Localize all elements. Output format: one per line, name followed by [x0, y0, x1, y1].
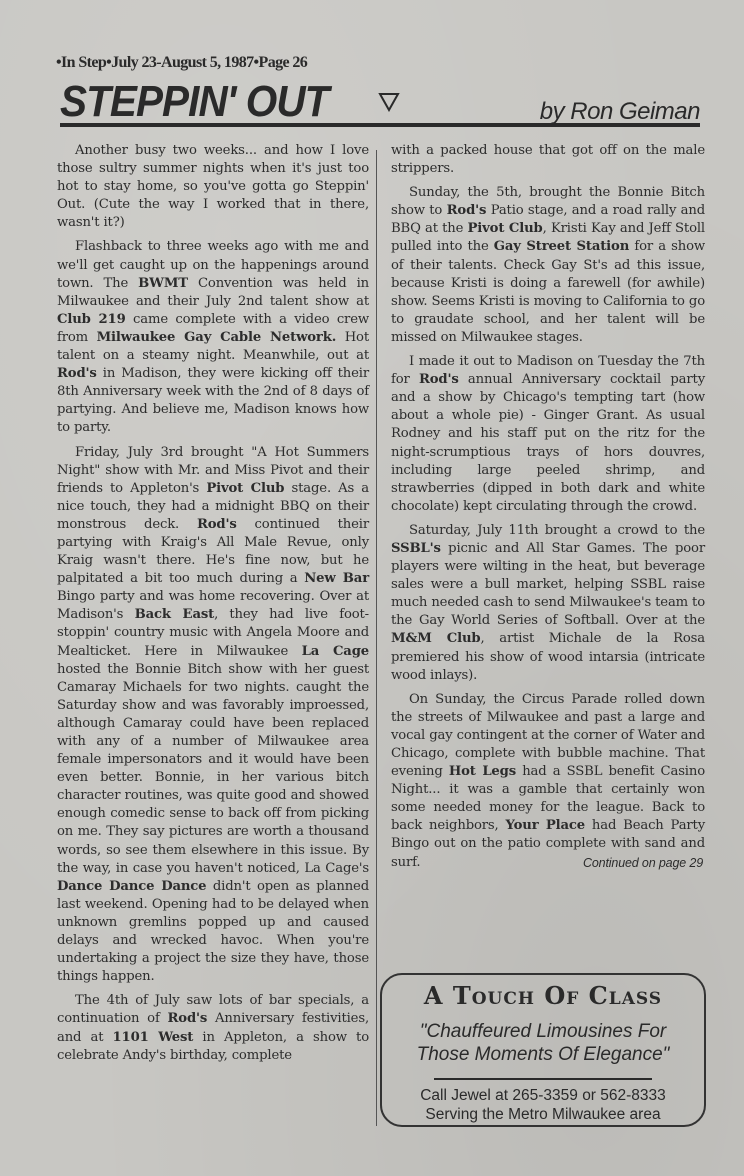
column-masthead: STEPPIN' OUT by Ron Geiman: [60, 80, 700, 130]
triangle-down-icon: [378, 92, 400, 112]
venue-name: Rod's: [168, 1011, 208, 1026]
venue-name: Pivot Club: [468, 221, 543, 236]
venue-name: New Bar: [304, 571, 369, 586]
venue-name: Your Place: [506, 818, 585, 833]
venue-name: BWMT: [138, 276, 188, 291]
ad-divider: [434, 1078, 652, 1080]
ad-contact: Call Jewel at 265-3359 or 562-8333 Servi…: [382, 1086, 704, 1124]
newspaper-page: •In Step•July 23-August 5, 1987•Page 26 …: [0, 0, 744, 1176]
article-paragraph: Sunday, the 5th, brought the Bonnie Bitc…: [391, 184, 705, 347]
page-folio: •In Step•July 23-August 5, 1987•Page 26: [56, 54, 307, 72]
ad-slogan-line: "Chauffeured Limousines For: [382, 1020, 704, 1043]
venue-name: Club 219: [57, 312, 126, 327]
column-divider: [376, 150, 377, 1126]
venue-name: Pivot Club: [206, 481, 284, 496]
ad-slogan: "Chauffeured Limousines For Those Moment…: [382, 1020, 704, 1066]
article-paragraph: Saturday, July 11th brought a crowd to t…: [391, 522, 705, 685]
article-column-left: Another busy two weeks... and how I love…: [57, 142, 369, 1071]
venue-name: Rod's: [197, 517, 237, 532]
venue-name: Hot Legs: [449, 764, 516, 779]
ad-title: A Touch Of Class: [382, 981, 704, 1010]
venue-name: 1101 West: [113, 1030, 194, 1045]
venue-name: Dance Dance Dance: [57, 879, 206, 894]
ad-slogan-line: Those Moments Of Elegance": [382, 1043, 704, 1066]
continued-on-page-link: Continued on page 29: [565, 854, 703, 872]
venue-name: Back East: [135, 607, 214, 622]
article-paragraph: The 4th of July saw lots of bar specials…: [57, 992, 369, 1064]
column-title: STEPPIN' OUT: [60, 80, 328, 124]
venue-name: SSBL's: [391, 541, 441, 556]
venue-name: Gay Street Station: [494, 239, 629, 254]
venue-name: Rod's: [419, 372, 459, 387]
article-paragraph: I made it out to Madison on Tuesday the …: [391, 353, 705, 516]
venue-name: Milwaukee Gay Cable Network.: [97, 330, 337, 345]
article-paragraph: Flashback to three weeks ago with me and…: [57, 238, 369, 437]
byline: by Ron Geiman: [540, 98, 700, 126]
venue-name: M&M Club: [391, 631, 480, 646]
venue-name: Rod's: [57, 366, 97, 381]
limousine-advertisement: A Touch Of Class "Chauffeured Limousines…: [380, 973, 706, 1127]
article-paragraph: Another busy two weeks... and how I love…: [57, 142, 369, 232]
article-column-right: with a packed house that got off on the …: [391, 142, 705, 878]
article-paragraph: with a packed house that got off on the …: [391, 142, 705, 178]
article-paragraph: On Sunday, the Circus Parade rolled down…: [391, 691, 705, 872]
article-paragraph: Friday, July 3rd brought "A Hot Summers …: [57, 444, 369, 987]
title-rule: [60, 123, 700, 127]
ad-service-area: Serving the Metro Milwaukee area: [382, 1105, 704, 1124]
venue-name: Rod's: [447, 203, 487, 218]
venue-name: La Cage: [302, 644, 369, 659]
ad-phone-line: Call Jewel at 265-3359 or 562-8333: [382, 1086, 704, 1105]
